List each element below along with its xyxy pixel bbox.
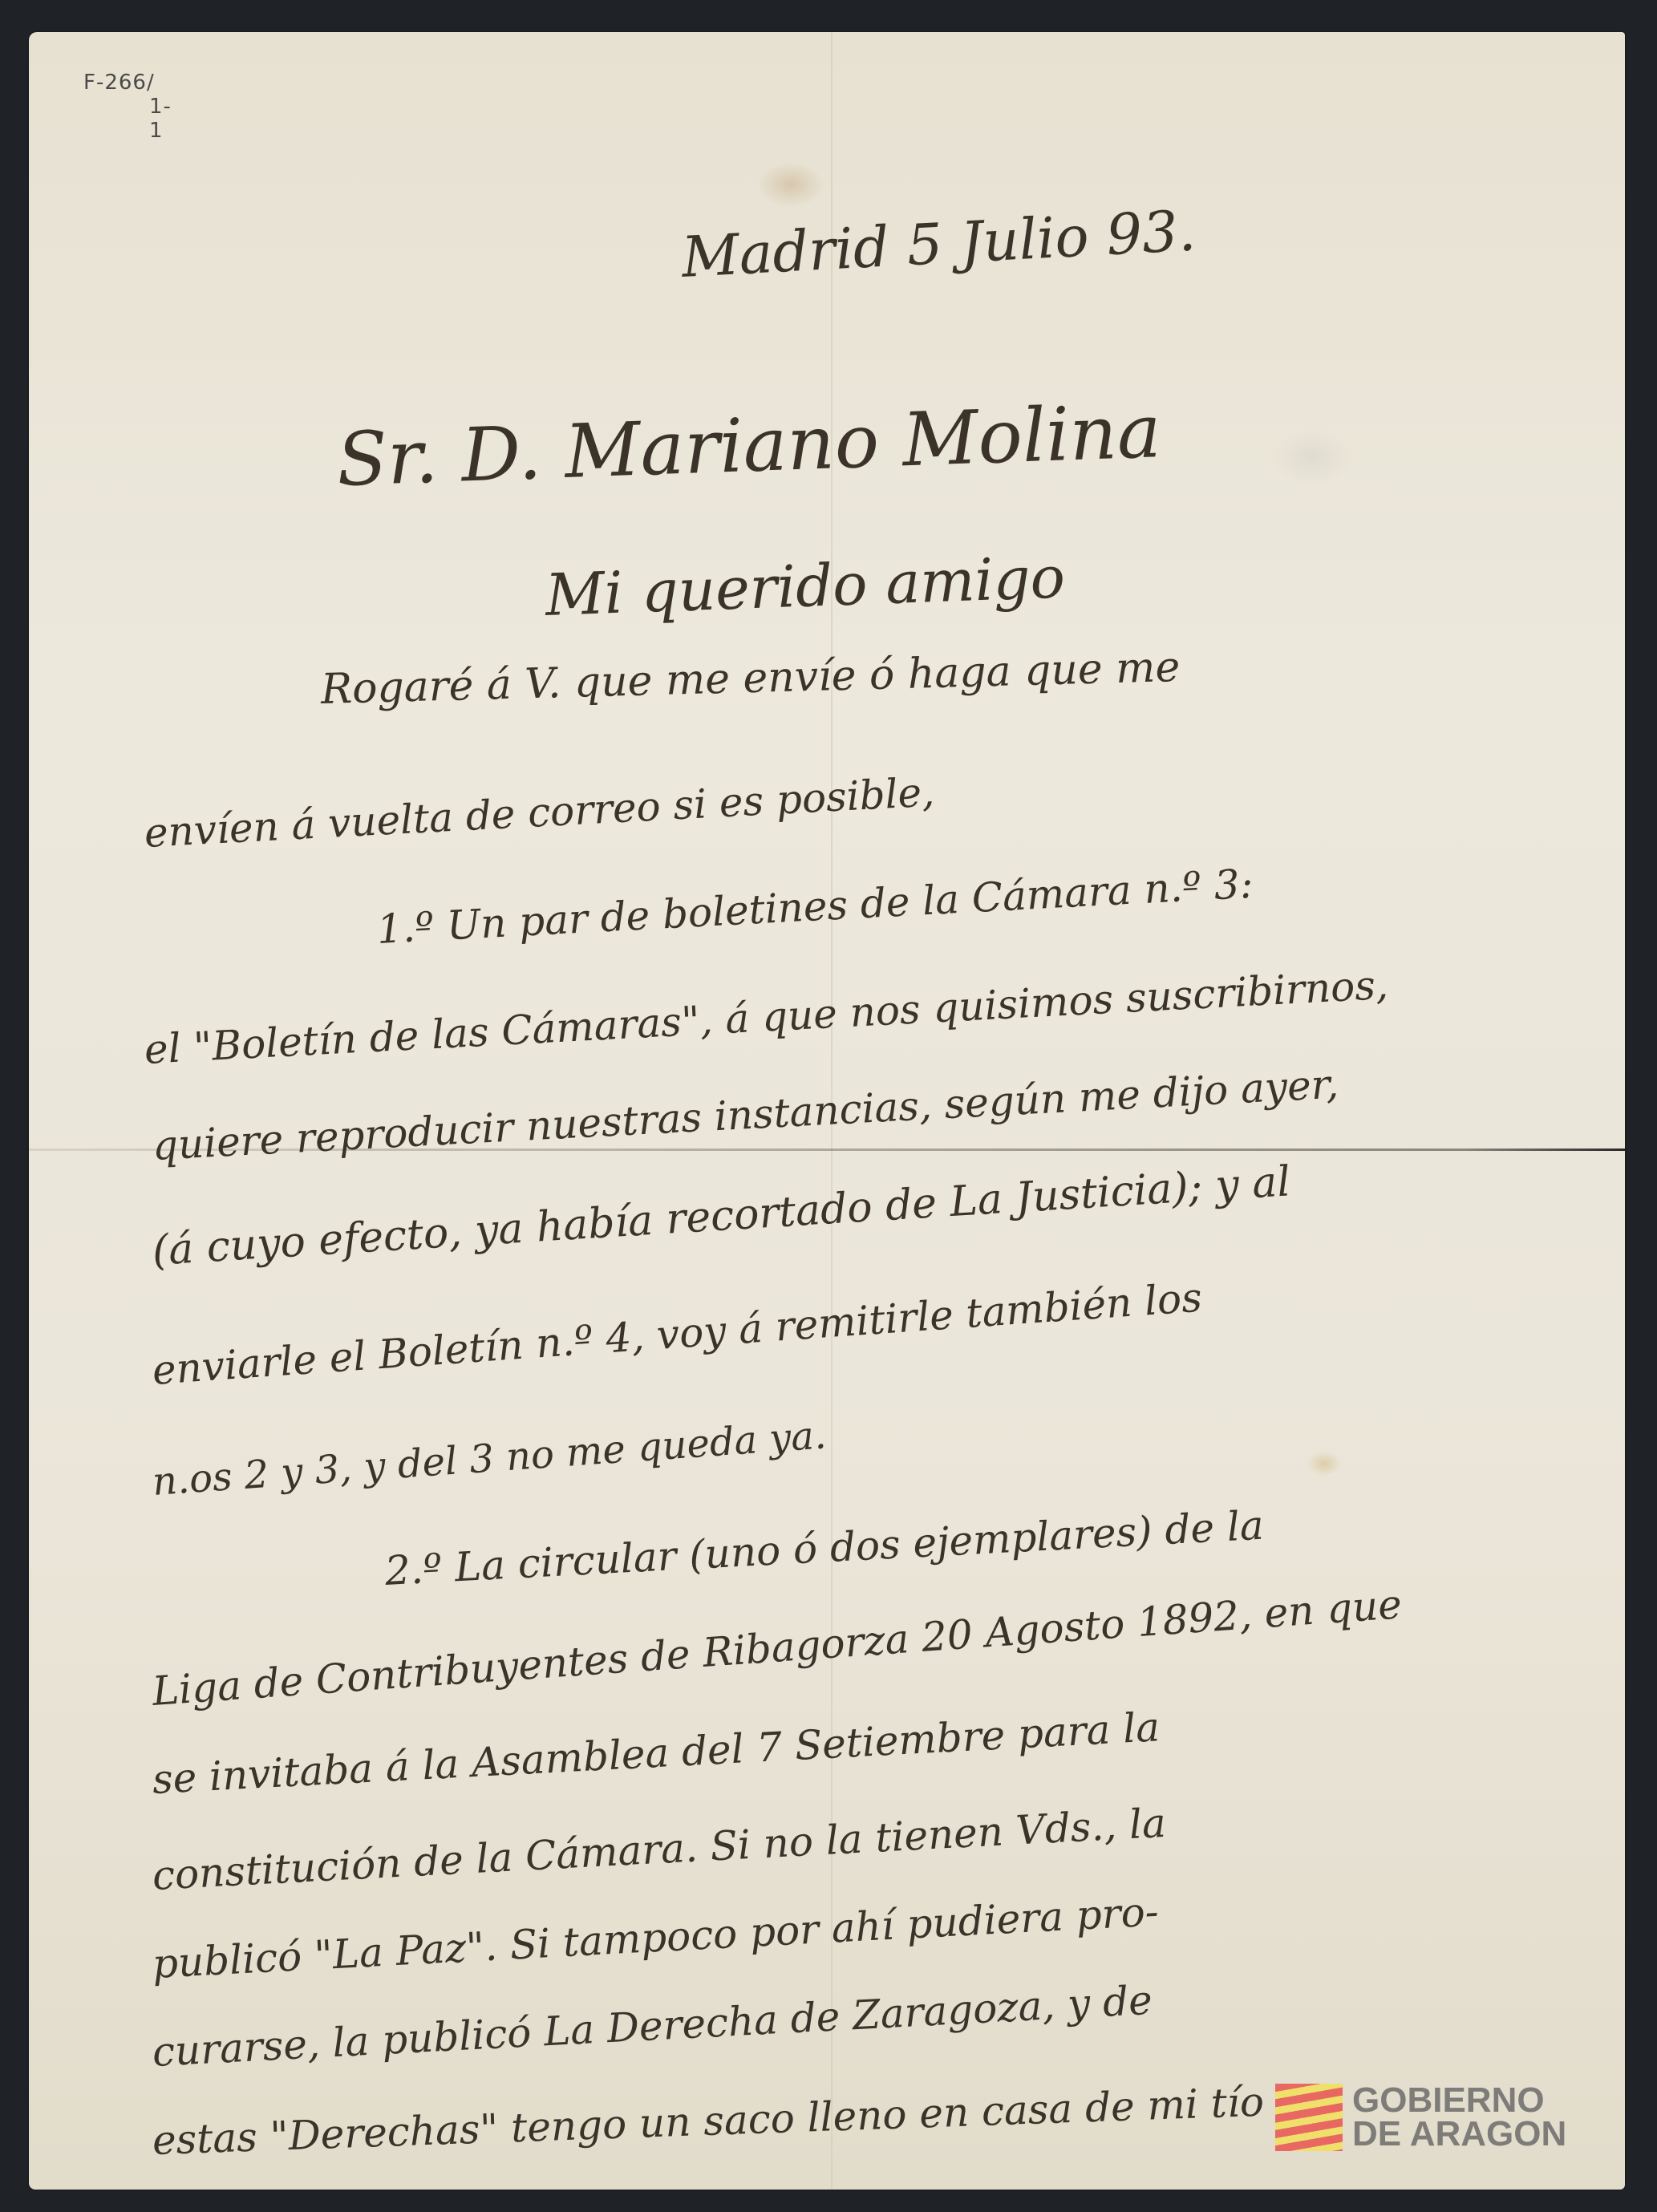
watermark-line2: DE ARAGON <box>1352 2117 1566 2151</box>
archive-ref-line2: 1-1 <box>149 95 172 143</box>
watermark-line1: GOBIERNO <box>1352 2084 1566 2117</box>
aragon-flag-icon <box>1275 2084 1343 2151</box>
gobierno-de-aragon-watermark: GOBIERNO DE ARAGON <box>1275 2084 1566 2151</box>
watermark-text: GOBIERNO DE ARAGON <box>1352 2084 1566 2151</box>
archive-reference: F-266/ 1-1 <box>83 71 155 95</box>
archive-ref-line1: F-266/ <box>83 71 155 95</box>
